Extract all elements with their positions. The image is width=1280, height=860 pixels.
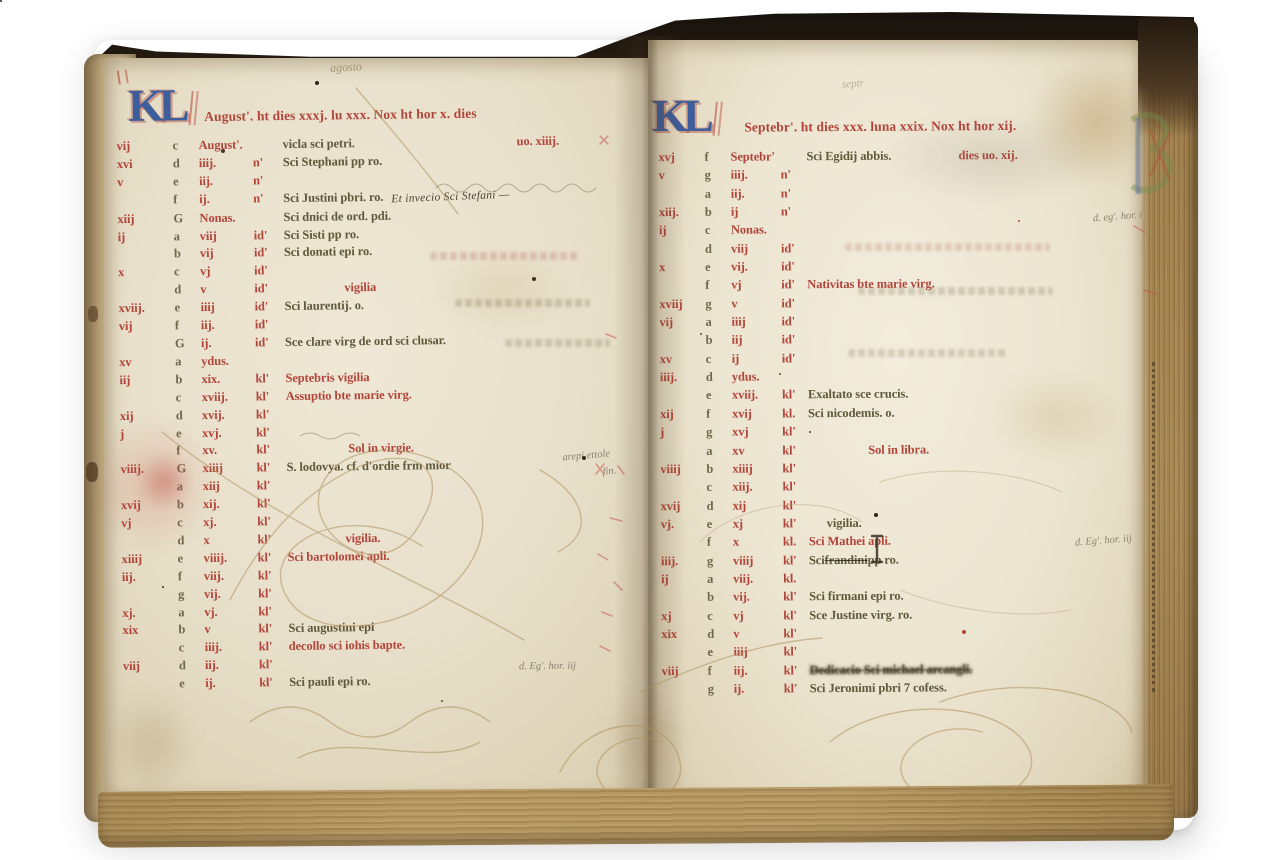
- month-header-september: Septebr'. ht dies xxx. luna xxix. Nox ht…: [744, 118, 1016, 136]
- day-ordinal: vij.: [204, 585, 258, 604]
- dominical-letter: e: [706, 386, 732, 405]
- day-ordinal: viij.: [733, 569, 783, 588]
- day-ordinal: xvj: [732, 423, 782, 442]
- calends-marker: kl': [782, 459, 808, 478]
- dominical-letter: a: [705, 313, 731, 332]
- day-ordinal: vj.: [204, 603, 258, 622]
- feast-entry: S. lodovya. cf. d'ordie frm mior: [286, 457, 450, 477]
- dominical-letter: d: [707, 496, 733, 515]
- day-ordinal: viij: [200, 227, 254, 246]
- calends-marker: id': [781, 276, 807, 295]
- calends-marker: kl': [257, 531, 287, 549]
- day-ordinal: xvij.: [202, 406, 256, 425]
- calends-marker: kl': [784, 661, 810, 680]
- dominical-letter: c: [706, 349, 732, 368]
- day-ordinal: iij.: [734, 661, 784, 680]
- dominical-letter: a: [706, 441, 732, 460]
- dominical-letter: G: [176, 460, 202, 478]
- dominical-letter: b: [705, 203, 731, 222]
- manuscript-book: KL August'. ht dies xxxj. lu xxx. Nox ht…: [84, 10, 1198, 848]
- day-ordinal: iij: [732, 331, 782, 350]
- month-header-august: August'. ht dies xxxj. lu xxx. Nox ht ho…: [204, 106, 477, 125]
- calends-marker: kl': [257, 495, 287, 513]
- golden-number: j: [120, 425, 176, 444]
- margin-note-agosto: agosto: [330, 59, 363, 76]
- feast-entry: Sci pauli epi ro.: [289, 673, 371, 692]
- day-ordinal: xvij: [732, 404, 782, 423]
- golden-number: ij: [118, 228, 174, 247]
- feast-entry: vigilia: [344, 279, 376, 297]
- feast-entry: frandini: [825, 550, 868, 569]
- dominical-letter: a: [174, 228, 200, 246]
- calends-marker: id': [781, 257, 807, 276]
- day-ordinal: vij.: [731, 257, 781, 276]
- calends-marker: kl': [782, 386, 808, 405]
- calends-marker: kl': [259, 656, 289, 674]
- calends-marker: kl': [257, 513, 287, 531]
- calends-marker: kl': [783, 624, 809, 643]
- dominical-letter: d: [707, 625, 733, 644]
- dominical-letter: e: [176, 425, 202, 443]
- dominical-letter: a: [177, 478, 203, 496]
- feast-entry: Sci Jeronimi pbri 7 cofess.: [810, 678, 947, 697]
- day-ordinal: iiij: [731, 312, 781, 331]
- gutter-shadow: [614, 36, 686, 814]
- calends-marker: kl': [258, 603, 288, 621]
- calends-marker: kl': [783, 587, 809, 606]
- dominical-letter: g: [708, 680, 734, 699]
- golden-number: [120, 401, 176, 402]
- feast-entry: Dedicacio Sci michael arcangli.: [810, 660, 973, 679]
- ink-specks: [0, 0, 2, 2]
- dominical-letter: b: [706, 331, 732, 350]
- dominical-letter: a: [705, 184, 731, 203]
- feast-entry: Sci: [809, 551, 825, 569]
- dominical-letter: f: [707, 533, 733, 552]
- calends-marker: kl': [255, 370, 285, 388]
- dominical-letter: d: [177, 532, 203, 550]
- dominical-letter: e: [178, 550, 204, 568]
- calends-marker: kl': [258, 585, 288, 603]
- cover-clasp-mark: [88, 306, 98, 322]
- day-ordinal: xvj.: [202, 424, 256, 443]
- dominical-letter: e: [174, 299, 200, 317]
- calends-marker: id': [254, 244, 284, 262]
- dominical-letter: a: [178, 604, 204, 622]
- day-ordinal: iij.: [205, 657, 259, 676]
- dominical-letter: b: [178, 622, 204, 640]
- feast-entry: Nativitas bte marie virg.: [807, 275, 934, 294]
- day-ordinal: viij: [731, 239, 781, 258]
- dominical-letter: a: [175, 353, 201, 371]
- day-ordinal: ydus.: [201, 352, 255, 371]
- calends-marker: kl': [258, 567, 288, 585]
- calends-marker: kl': [259, 638, 289, 656]
- feast-entry: Sol in virgie.: [348, 440, 414, 459]
- calends-marker: id': [255, 316, 285, 334]
- calends-marker: kl': [256, 459, 286, 477]
- bleedthrough-initial-fragment: [1124, 110, 1182, 202]
- day-ordinal: vj: [733, 606, 783, 625]
- feast-entry: Sci Mathei apli.: [809, 532, 891, 551]
- day-ordinal: iiij: [200, 299, 254, 318]
- dominical-letter: c: [174, 263, 200, 281]
- dominical-letter: g: [707, 551, 733, 570]
- day-ordinal: ydus.: [732, 367, 782, 386]
- day-ordinal: xiij: [203, 478, 257, 497]
- day-ordinal: vj: [731, 276, 781, 295]
- day-ordinal: Nonas.: [731, 221, 781, 240]
- dominical-letter: f: [176, 442, 202, 460]
- day-ordinal: iiij.: [205, 639, 259, 658]
- calends-marker: id': [781, 312, 807, 331]
- calends-marker: kl': [783, 606, 809, 625]
- day-ordinal: xij: [733, 496, 783, 515]
- feast-entry: pp ro.: [868, 550, 899, 569]
- feast-entry: Sci donati epi ro.: [284, 243, 372, 262]
- feast-entry: vicla sci petri.: [282, 135, 355, 154]
- dominical-letter: a: [707, 570, 733, 589]
- golden-number: [118, 258, 174, 259]
- day-ordinal: viiij: [733, 551, 783, 570]
- calends-marker: kl': [257, 477, 287, 495]
- day-ordinal: xj.: [203, 513, 257, 532]
- calends-marker: id': [254, 227, 284, 245]
- golden-number: xiiij: [122, 550, 178, 569]
- dominical-letter: d: [174, 281, 200, 299]
- day-ordinal: iij.: [201, 316, 255, 335]
- calends-marker: kl.: [783, 569, 809, 588]
- golden-number: [118, 294, 174, 295]
- dominical-letter: b: [175, 371, 201, 389]
- feast-entry: Sci bartolomei apli.: [288, 548, 390, 567]
- calends-marker: n': [253, 172, 283, 190]
- golden-number: [117, 203, 173, 204]
- golden-number: xij: [120, 407, 176, 426]
- dominical-letter: e: [173, 173, 199, 191]
- dominical-letter: f: [175, 317, 201, 335]
- day-ordinal: iij.: [731, 184, 781, 203]
- golden-number: xvi: [117, 155, 173, 174]
- calendar-september: xvjfSeptebr'Sci Egidij abbis.dies uo. xi…: [658, 145, 1141, 698]
- day-ordinal: vij.: [733, 588, 783, 607]
- day-ordinal: ij.: [199, 190, 253, 209]
- day-ordinal: xij.: [203, 496, 257, 515]
- day-ordinal: xv: [732, 441, 782, 460]
- golden-number: [123, 652, 179, 653]
- dominical-letter: c: [707, 606, 733, 625]
- feast-entry: Sol in libra.: [868, 440, 929, 459]
- calends-marker: kl': [256, 441, 286, 459]
- golden-number: xiij: [117, 210, 173, 229]
- dominical-letter: f: [704, 148, 730, 167]
- day-ordinal: ij.: [734, 679, 784, 698]
- calends-marker: id': [254, 298, 284, 316]
- golden-number: iij: [119, 371, 175, 390]
- golden-number: viij: [123, 658, 179, 677]
- golden-number: iij.: [122, 568, 178, 587]
- calends-marker: kl': [783, 551, 809, 570]
- calends-marker: id': [781, 294, 807, 313]
- manuscript-photo: KL August'. ht dies xxxj. lu xxx. Nox ht…: [0, 0, 1280, 860]
- golden-number: [123, 688, 179, 689]
- dominical-letter: G: [173, 210, 199, 228]
- dominical-letter: e: [179, 675, 205, 693]
- calends-marker: kl': [782, 441, 808, 460]
- margin-note-septr: septr: [842, 77, 865, 91]
- dominical-letter: e: [707, 643, 733, 662]
- golden-number: vij: [116, 137, 172, 156]
- calends-marker: kl': [256, 424, 286, 442]
- day-ordinal: iiij: [733, 643, 783, 662]
- day-ordinal: vij: [200, 245, 254, 264]
- dominical-letter: c: [176, 389, 202, 407]
- feast-entry: Septebris vigilia: [285, 369, 369, 388]
- penwork-flourish: [189, 91, 199, 125]
- penwork-flourish: [713, 102, 723, 136]
- dominical-letter: b: [177, 496, 203, 514]
- golden-number: xix: [122, 622, 178, 641]
- dominical-letter: f: [706, 404, 732, 423]
- calends-marker: kl': [784, 679, 810, 698]
- day-ordinal: ij: [731, 202, 781, 221]
- fore-edge-stitch-marks: [1152, 362, 1155, 692]
- feast-entry: Sci laurentij. o.: [284, 297, 364, 316]
- dominical-letter: d: [176, 407, 202, 425]
- golden-number: [121, 544, 177, 545]
- dominical-letter: b: [707, 588, 733, 607]
- golden-number: [119, 347, 175, 348]
- dominical-letter: b: [706, 460, 732, 479]
- calends-marker: id': [254, 262, 284, 280]
- calends-marker: kl': [258, 549, 288, 567]
- dominical-letter: e: [707, 515, 733, 534]
- feast-entry: Sci Egidij abbis.: [806, 147, 891, 166]
- golden-number: xviij.: [118, 300, 174, 319]
- day-ordinal: ij.: [201, 334, 255, 353]
- calends-marker: kl': [256, 406, 286, 424]
- calends-marker: kl': [259, 674, 289, 692]
- calends-marker: n': [253, 190, 283, 208]
- dominical-letter: f: [705, 276, 731, 295]
- cover-clasp-mark: [86, 462, 98, 482]
- dominical-letter: c: [172, 137, 198, 155]
- day-ordinal: iiij.: [199, 154, 253, 173]
- day-ordinal: xix.: [201, 370, 255, 389]
- margin-note: d. Eg'. hor. iij: [519, 661, 576, 673]
- dominical-letter: e: [705, 258, 731, 277]
- calends-marker: n': [781, 166, 807, 185]
- bottom-leaf-edges: [98, 784, 1174, 848]
- calends-marker: kl': [256, 388, 286, 406]
- day-ordinal: iiij.: [731, 166, 781, 185]
- golden-number: xvij: [121, 497, 177, 516]
- day-ordinal: v: [731, 294, 781, 313]
- calends-marker: id': [254, 280, 284, 298]
- day-ordinal: ij: [732, 349, 782, 368]
- day-ordinal: vj: [200, 263, 254, 282]
- golden-number: xj.: [122, 604, 178, 623]
- day-ordinal: iij.: [199, 172, 253, 191]
- dominical-letter: c: [179, 639, 205, 657]
- calends-marker: kl': [258, 620, 288, 638]
- dominical-letter: g: [178, 586, 204, 604]
- dominical-letter: g: [705, 294, 731, 313]
- day-ordinal: xviij.: [732, 386, 782, 405]
- golden-number: x: [118, 264, 174, 283]
- calends-marker: kl.: [783, 532, 809, 551]
- day-ordinal: xj: [733, 514, 783, 533]
- calends-marker: id': [782, 349, 808, 368]
- calends-marker: kl.: [782, 404, 808, 423]
- penwork-ticks: [117, 69, 129, 84]
- dominical-letter: d: [173, 155, 199, 173]
- feast-entry: Sci nicodemis. o.: [808, 403, 895, 422]
- day-ordinal: ij.: [205, 675, 259, 694]
- feast-entry: Sci firmani epi ro.: [809, 587, 904, 606]
- feast-entry: Assuptio bte marie virg.: [286, 386, 412, 405]
- dominical-letter: g: [705, 166, 731, 185]
- feast-entry: vigilia.: [345, 530, 380, 548]
- dominical-letter: f: [708, 661, 734, 680]
- golden-number: [122, 598, 178, 599]
- golden-number: vij: [119, 317, 175, 336]
- calends-marker: kl': [783, 642, 809, 661]
- golden-number: vj: [121, 514, 177, 533]
- kl-initial-august: KL: [128, 85, 185, 126]
- dominical-letter: d: [706, 368, 732, 387]
- golden-number: [121, 491, 177, 492]
- golden-number: xv: [119, 353, 175, 372]
- day-ordinal: August'.: [198, 136, 252, 155]
- feast-entry: vigilia.: [827, 514, 862, 533]
- feast-entry: Sce Justine virg. ro.: [809, 605, 912, 624]
- dominical-letter: c: [177, 514, 203, 532]
- feast-entry: Sci Stephani pp ro.: [283, 153, 383, 172]
- dominical-letter: d: [179, 657, 205, 675]
- calends-marker: kl': [783, 496, 809, 515]
- page-september: KL Septebr'. ht dies xxx. luna xxix. Nox…: [648, 40, 1144, 810]
- day-ordinal: v: [200, 281, 254, 300]
- feast-entry: Sce clare virg de ord sci clusar.: [285, 332, 446, 352]
- day-ordinal: xiiij: [732, 459, 782, 478]
- dominical-letter: g: [706, 423, 732, 442]
- dominical-letter: f: [173, 191, 199, 209]
- day-ordinal: Nonas.: [199, 209, 253, 228]
- calends-marker: id': [781, 239, 807, 258]
- calends-marker: n': [253, 154, 283, 172]
- day-ordinal: xviij.: [202, 388, 256, 407]
- day-ordinal: xiiij: [202, 460, 256, 479]
- dominical-letter: b: [174, 246, 200, 264]
- feast-entry: uo. xiiij.: [516, 133, 559, 151]
- golden-number: v: [117, 173, 173, 192]
- day-ordinal: xv.: [202, 442, 256, 461]
- golden-number: viiij.: [120, 461, 176, 480]
- dominical-letter: c: [706, 478, 732, 497]
- day-ordinal: xiij.: [732, 478, 782, 497]
- feast-entry: Sci Sisti pp ro.: [284, 226, 359, 245]
- feast-entry: Sci dnici de ord. pdi.: [283, 207, 391, 226]
- day-ordinal: x: [203, 531, 257, 550]
- calends-marker: id': [782, 331, 808, 350]
- golden-number: [120, 455, 176, 456]
- calends-marker: kl': [782, 422, 808, 441]
- calendar-row: gij.kl'Sci Jeronimi pbri 7 cofess.: [662, 677, 1142, 698]
- feast-entry: Sci Justini pbri. ro.: [283, 189, 383, 208]
- day-ordinal: viiij.: [204, 549, 258, 568]
- feast-entry: Sci augustini epi: [288, 619, 374, 638]
- feast-entry: Exaltato sce crucis.: [808, 385, 909, 404]
- dominical-letter: d: [705, 239, 731, 258]
- calends-marker: id': [255, 334, 285, 352]
- day-ordinal: Septebr': [730, 147, 780, 166]
- dominical-letter: c: [705, 221, 731, 240]
- dominical-letter: f: [178, 568, 204, 586]
- day-ordinal: v: [733, 624, 783, 643]
- day-ordinal: viij.: [204, 567, 258, 586]
- calends-marker: kl': [783, 514, 809, 533]
- calends-marker: kl': [782, 477, 808, 496]
- feast-entry: decollo sci iohis bapte.: [289, 637, 406, 656]
- day-ordinal: v: [204, 621, 258, 640]
- calends-marker: n': [781, 184, 807, 203]
- calendar-august: vijcAugust'.vicla sci petri.uo. xiiij.xv…: [116, 131, 683, 694]
- day-ordinal: x: [733, 533, 783, 552]
- dominical-letter: G: [175, 335, 201, 353]
- feast-entry: dies uo. xij.: [958, 146, 1017, 165]
- calends-marker: n': [781, 202, 807, 221]
